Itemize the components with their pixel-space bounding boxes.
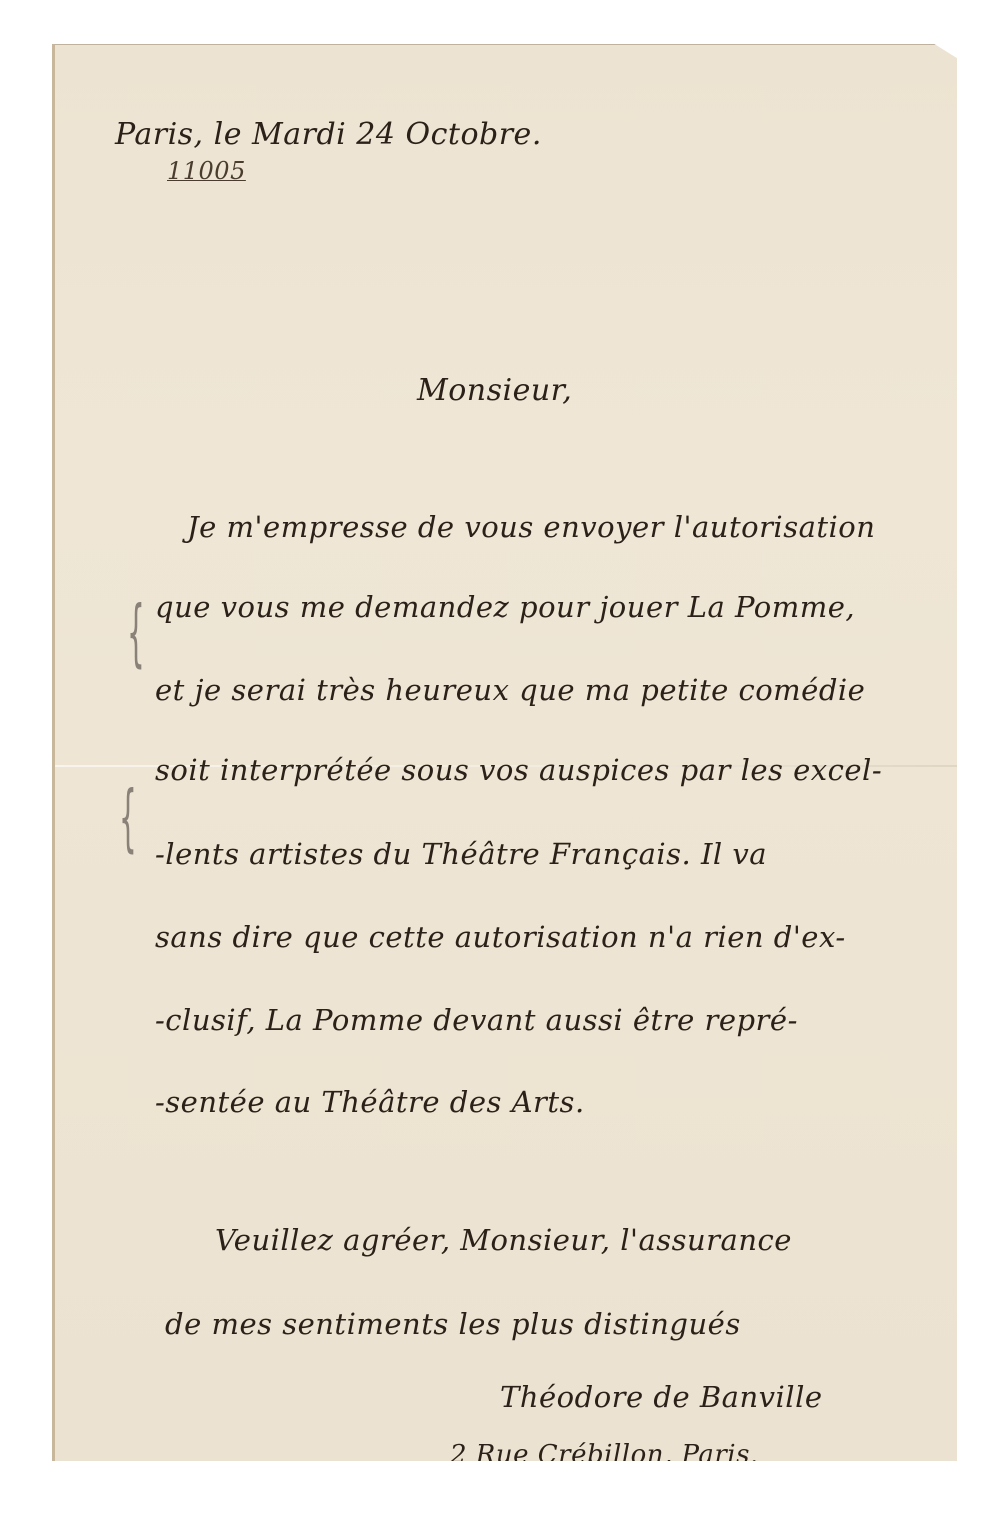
body-line: que vous me demandez pour jouer La Pomme… bbox=[155, 590, 855, 624]
reference-number: 11005 bbox=[167, 157, 246, 185]
date-line: Paris, le Mardi 24 Octobre. bbox=[115, 117, 542, 152]
body-line: et je serai très heureux que ma petite c… bbox=[155, 673, 865, 707]
pencil-bracket-mark: { bbox=[127, 590, 141, 660]
closing-line: de mes sentiments les plus distingués bbox=[165, 1307, 741, 1341]
sender-address: 2 Rue Crébillon, Paris. bbox=[450, 1440, 759, 1470]
body-line: Je m'empresse de vous envoyer l'autorisa… bbox=[187, 510, 875, 544]
salutation: Monsieur, bbox=[417, 373, 572, 408]
pencil-bracket-mark: { bbox=[119, 775, 133, 875]
closing-line: Veuillez agréer, Monsieur, l'assurance bbox=[215, 1223, 792, 1257]
body-line: soit interprétée sous vos auspices par l… bbox=[155, 753, 882, 787]
signature: Théodore de Banville bbox=[500, 1380, 823, 1414]
body-line: sans dire que cette autorisation n'a rie… bbox=[155, 920, 846, 954]
body-line: -clusif, La Pomme devant aussi être repr… bbox=[155, 1003, 798, 1037]
body-line: -lents artistes du Théâtre Français. Il … bbox=[155, 837, 767, 871]
body-line: -sentée au Théâtre des Arts. bbox=[155, 1085, 585, 1119]
letter-sheet: Paris, le Mardi 24 Octobre. 11005 Monsie… bbox=[52, 44, 957, 1461]
